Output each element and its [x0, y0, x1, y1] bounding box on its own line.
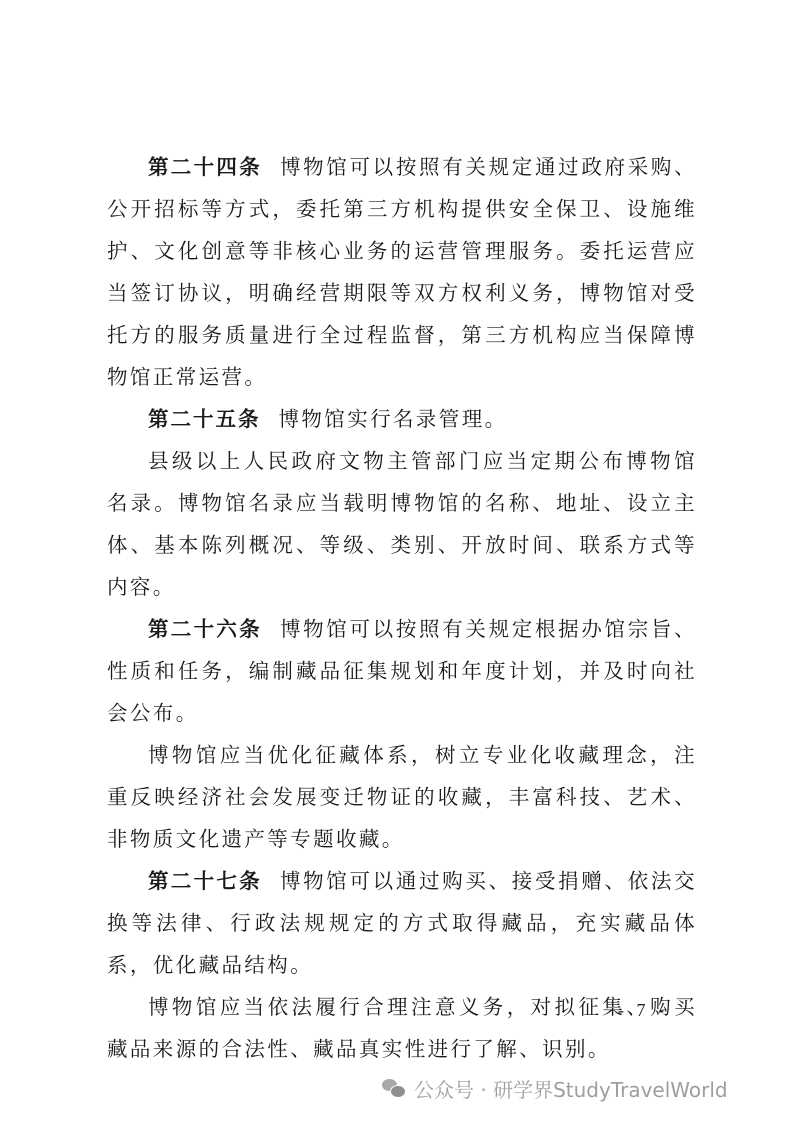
document-body: 第二十四条博物馆可以按照有关规定通过政府采购、公开招标等方式，委托第三方机构提供…: [107, 146, 697, 1070]
article-heading: 第二十四条: [148, 155, 262, 179]
paragraph-text: 县级以上人民政府文物主管部门应当定期公布博物馆名录。博物馆名录应当载明博物馆的名…: [107, 449, 697, 599]
watermark: 公众号 · 研学界StudyTravelWorld: [382, 1074, 728, 1103]
paragraph-article-27: 第二十七条博物馆可以通过购买、接受捐赠、依法交换等法律、行政法规规定的方式取得藏…: [107, 860, 697, 986]
paragraph-text: 博物馆应当优化征藏体系，树立专业化收藏理念，注重反映经济社会发展变迁物证的收藏，…: [107, 743, 697, 851]
wechat-icon: [382, 1079, 406, 1099]
paragraph-article-25: 第二十五条博物馆实行名录管理。: [107, 398, 697, 440]
article-heading: 第二十七条: [148, 869, 262, 893]
paragraph-article-24: 第二十四条博物馆可以按照有关规定通过政府采购、公开招标等方式，委托第三方机构提供…: [107, 146, 697, 398]
watermark-text: 公众号 · 研学界StudyTravelWorld: [414, 1074, 728, 1103]
paragraph-body: 博物馆应当优化征藏体系，树立专业化收藏理念，注重反映经济社会发展变迁物证的收藏，…: [107, 734, 697, 860]
paragraph-body: 博物馆应当依法履行合理注意义务，对拟征集、购买藏品来源的合法性、藏品真实性进行了…: [107, 986, 697, 1070]
paragraph-article-26: 第二十六条博物馆可以按照有关规定根据办馆宗旨、性质和任务，编制藏品征集规划和年度…: [107, 608, 697, 734]
page-number: - 7 -: [618, 1000, 668, 1021]
paragraph-text: 博物馆应当依法履行合理注意义务，对拟征集、购买藏品来源的合法性、藏品真实性进行了…: [107, 995, 697, 1061]
article-heading: 第二十五条: [148, 407, 261, 431]
article-text: 博物馆可以按照有关规定通过政府采购、公开招标等方式，委托第三方机构提供安全保卫、…: [107, 155, 697, 389]
article-text: 博物馆实行名录管理。: [279, 407, 508, 431]
paragraph-body: 县级以上人民政府文物主管部门应当定期公布博物馆名录。博物馆名录应当载明博物馆的名…: [107, 440, 697, 608]
article-heading: 第二十六条: [148, 617, 262, 641]
